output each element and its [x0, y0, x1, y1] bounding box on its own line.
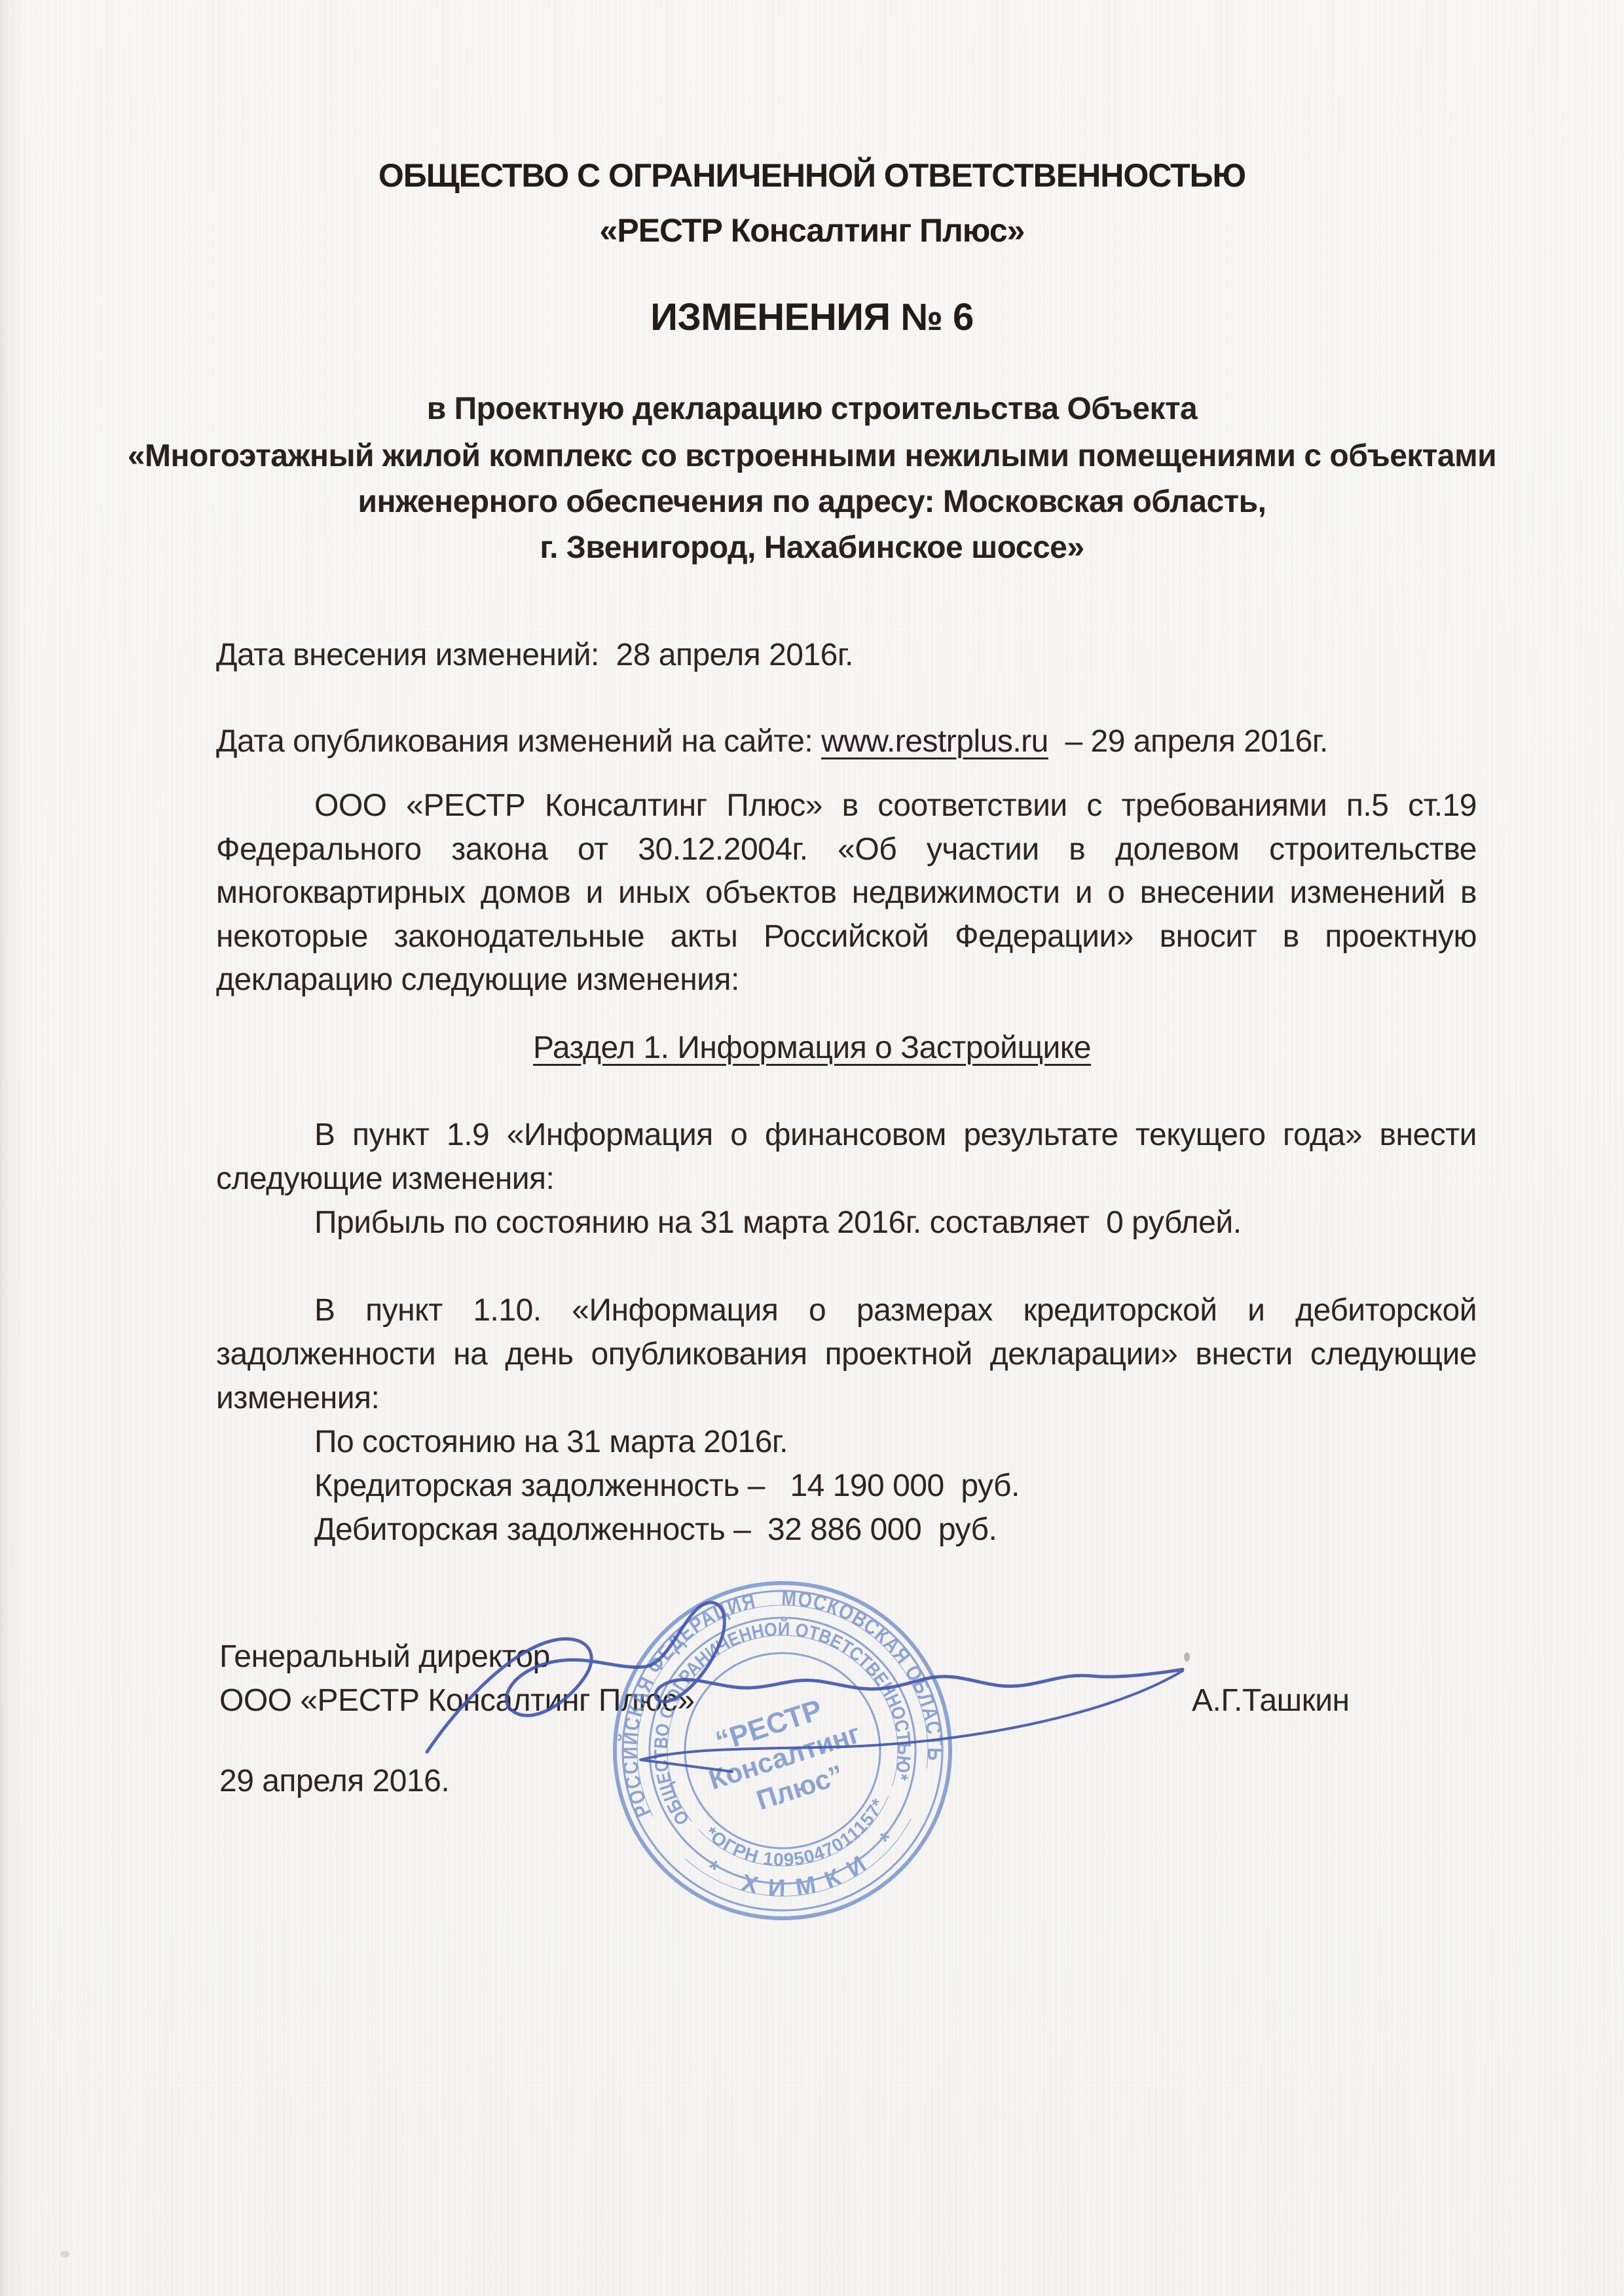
- item-1-9-line-1: В пункт 1.9 «Информация о финансовом рез…: [314, 1116, 1477, 1154]
- org-name-line2: «РЕСТР Консалтинг Плюс»: [0, 211, 1624, 250]
- item-1-10-line-3: изменения:: [216, 1379, 1477, 1417]
- item-1-10-line-2: задолженности на день опубликования прое…: [216, 1336, 1477, 1374]
- subtitle-line-4: г. Звенигород, Нахабинское шоссе»: [0, 529, 1624, 567]
- paragraph-line-2: Федерального закона от 30.12.2004г. «Об …: [216, 831, 1477, 869]
- paragraph-line-4: некоторые законодательные акты Российско…: [216, 918, 1477, 956]
- signing-date: 29 апреля 2016.: [219, 1762, 449, 1800]
- paragraph-line-3: многоквартирных домов и иных объектов не…: [216, 874, 1477, 912]
- date-published-value: – 29 апреля 2016г.: [1048, 724, 1328, 759]
- creditor-debt-line: Кредиторская задолженность – 14 190 000 …: [314, 1467, 1477, 1505]
- subtitle-line-1: в Проектную декларацию строительства Объ…: [0, 390, 1624, 428]
- as-of-date-line: По состоянию на 31 марта 2016г.: [314, 1423, 1477, 1461]
- debtor-debt-line: Дебиторская задолженность – 32 886 000 р…: [314, 1511, 1477, 1549]
- subtitle-line-3: инженерного обеспечения по адресу: Моско…: [0, 483, 1624, 521]
- stamp-center-text: “РЕСТР Консалтинг Плюс”: [694, 1685, 874, 1828]
- signer-title: Генеральный директор: [219, 1638, 550, 1676]
- item-1-9-line-2: следующие изменения:: [216, 1160, 1477, 1198]
- paragraph-line-1: ООО «РЕСТР Консалтинг Плюс» в соответств…: [314, 787, 1477, 825]
- signer-name: А.Г.Ташкин: [1192, 1682, 1350, 1720]
- date-published-label: Дата опубликования изменений на сайте:: [216, 724, 821, 759]
- date-published-line: Дата опубликования изменений на сайте: w…: [216, 723, 1477, 761]
- section-heading: Раздел 1. Информация о Застройщике: [0, 1029, 1624, 1067]
- scan-artifact-smudge: [60, 2251, 69, 2257]
- date-entered-line: Дата внесения изменений: 28 апреля 2016г…: [216, 636, 1477, 674]
- site-url-link: www.restrplus.ru: [821, 724, 1048, 759]
- document-title: ИЗМЕНЕНИЯ № 6: [0, 295, 1624, 340]
- company-round-stamp: РОССИЙСКАЯ ФЕДЕРАЦИЯ МОСКОВСКАЯ ОБЛАСТЬ …: [612, 1580, 953, 1921]
- org-name-line1: ОБЩЕСТВО С ОГРАНИЧЕННОЙ ОТВЕТСТВЕННОСТЬЮ: [0, 156, 1624, 195]
- item-1-9-profit-line: Прибыль по состоянию на 31 марта 2016г. …: [314, 1204, 1477, 1242]
- item-1-10-line-1: В пункт 1.10. «Информация о размерах кре…: [314, 1292, 1477, 1330]
- subtitle-line-2: «Многоэтажный жилой комплекс со встроенн…: [0, 437, 1624, 475]
- paragraph-line-5: декларацию следующие изменения:: [216, 961, 1477, 999]
- scanned-document-page: ОБЩЕСТВО С ОГРАНИЧЕННОЙ ОТВЕТСТВЕННОСТЬЮ…: [0, 0, 1624, 2296]
- scan-artifact-speck: [1184, 1652, 1190, 1662]
